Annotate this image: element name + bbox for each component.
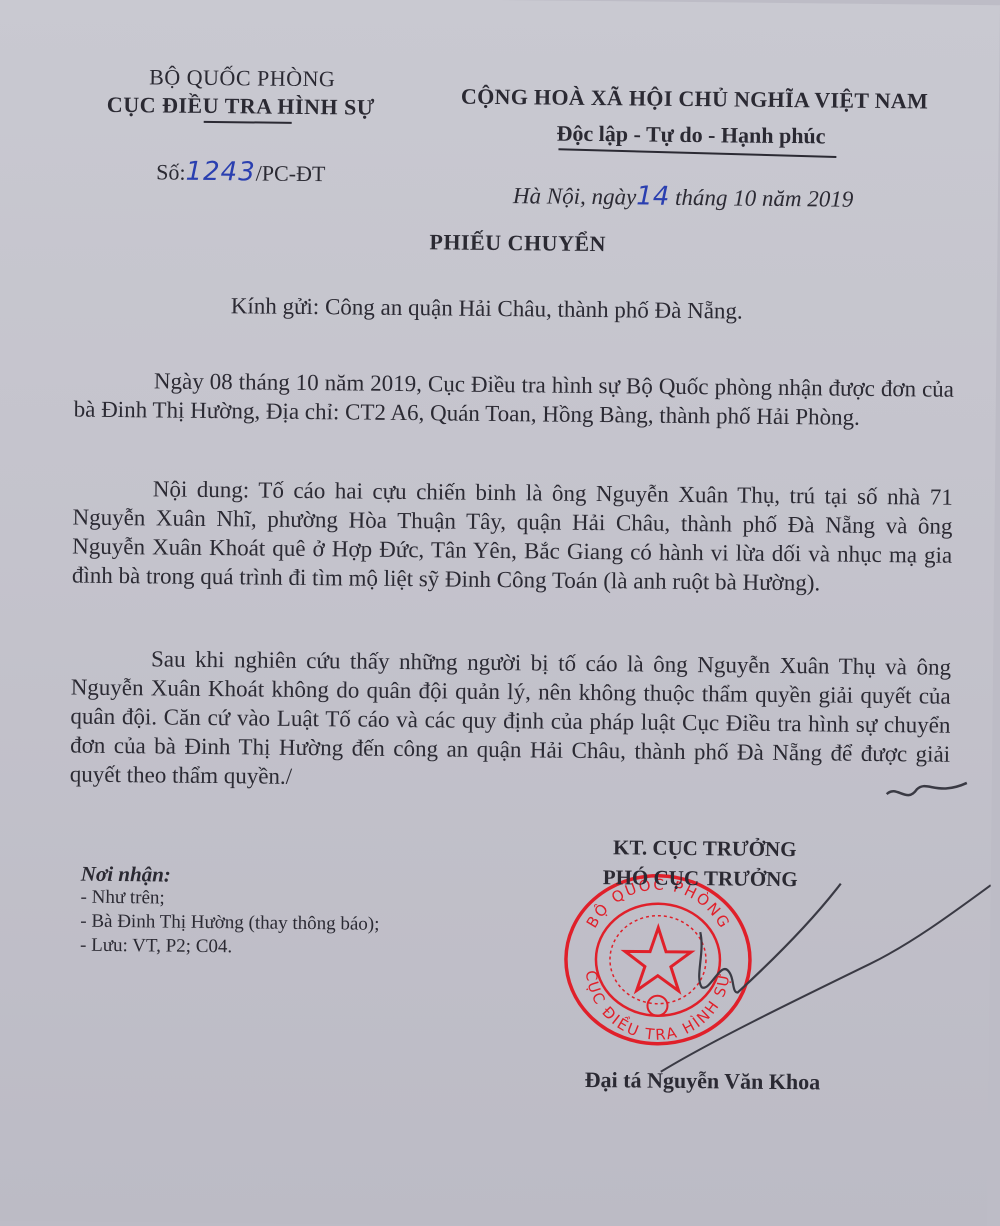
- receivers-block: Nơi nhận: - Như trên; - Bà Đinh Thị Hườn…: [80, 862, 380, 961]
- paragraph-received: Ngày 08 tháng 10 năm 2019, Cục Điều tra …: [74, 366, 955, 433]
- receivers-heading: Nơi nhận:: [81, 862, 380, 889]
- number-suffix: /PC-ĐT: [256, 160, 326, 186]
- svg-text:CỤC ĐIỀU TRA HÌNH SỰ: CỤC ĐIỀU TRA HÌNH SỰ: [581, 969, 734, 1045]
- national-motto: Độc lập - Tự do - Hạnh phúc: [556, 121, 825, 150]
- receiver-item: - Lưu: VT, P2; C04.: [80, 934, 379, 961]
- signer-name: Đại tá Nguyễn Văn Khoa: [585, 1067, 821, 1095]
- department-name: CỤC ĐIỀU TRA HÌNH SỰ: [107, 92, 375, 121]
- handwritten-number: 1243: [185, 157, 255, 188]
- date-prefix: Hà Nội, ngày: [513, 183, 637, 209]
- nation-heading: CỘNG HOÀ XÃ HỘI CHỦ NGHĨA VIỆT NAM: [461, 84, 928, 115]
- star-emblem-icon: [624, 927, 691, 1016]
- ministry-name: BỘ QUỐC PHÒNG: [149, 64, 335, 92]
- signature-title-2: PHÓ CỤC TRƯỞNG: [603, 865, 798, 892]
- paragraph-content: Nội dung: Tố cáo hai cựu chiến binh là ô…: [72, 474, 953, 599]
- handwritten-day: 14: [636, 181, 669, 211]
- receiver-item: - Như trên;: [80, 886, 379, 913]
- department-underline: [204, 121, 292, 123]
- receiver-item: - Bà Đinh Thị Hường (thay thông báo);: [80, 910, 379, 937]
- document-date: Hà Nội, ngày14 tháng 10 năm 2019: [513, 180, 854, 214]
- document-title: PHIẾU CHUYỂN: [429, 229, 606, 257]
- paragraph-decision: Sau khi nghiên cứu thấy những người bị t…: [70, 644, 951, 798]
- recipient-line: Kính gửi: Công an quận Hải Châu, thành p…: [231, 293, 743, 324]
- number-label: Số:: [156, 159, 186, 184]
- document-page: BỘ QUỐC PHÒNG CỤC ĐIỀU TRA HÌNH SỰ Số:12…: [0, 0, 1000, 1226]
- signature-title-1: KT. CỤC TRƯỞNG: [613, 835, 797, 862]
- official-stamp: BỘ QUỐC PHÒNG CỤC ĐIỀU TRA HÌNH SỰ: [557, 867, 759, 1049]
- motto-underline: [558, 148, 836, 157]
- date-suffix: tháng 10 năm 2019: [675, 185, 854, 212]
- document-number: Số:1243/PC-ĐT: [156, 156, 326, 188]
